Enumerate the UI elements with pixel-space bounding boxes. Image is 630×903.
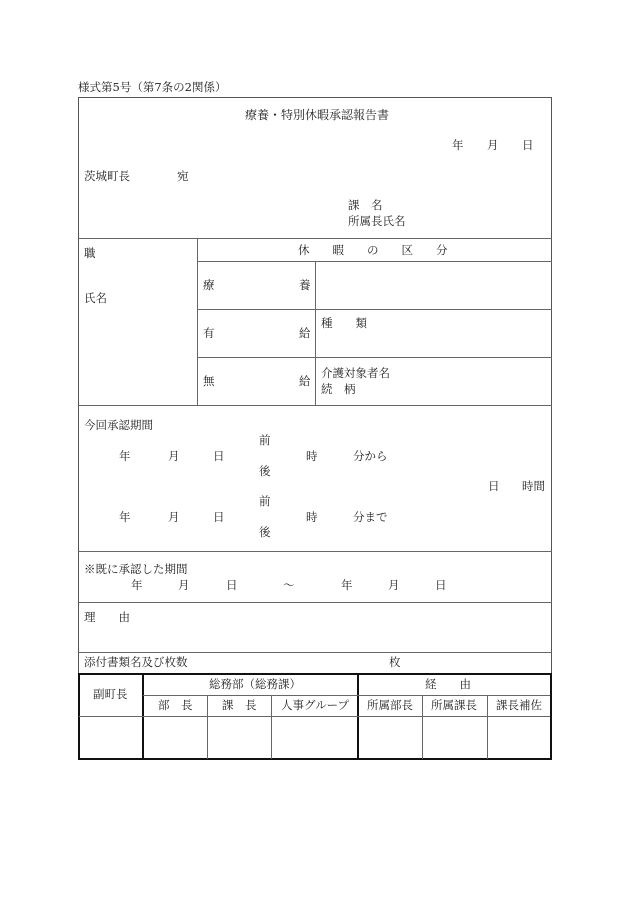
deputy-mayor-header: 副町長 xyxy=(93,689,128,701)
col-hr-group: 人事グループ xyxy=(281,700,349,712)
divider xyxy=(197,261,552,262)
approval-top xyxy=(78,673,552,675)
seal-cell-director[interactable] xyxy=(144,717,206,758)
col-dept-director: 所属部長 xyxy=(367,700,413,712)
divider xyxy=(197,238,198,405)
prior-start-year: 年 xyxy=(131,580,143,592)
col-dept-section-chief: 所属課長 xyxy=(431,700,477,712)
total-hours: 時間 xyxy=(522,481,545,493)
seal-cell-dept-director[interactable] xyxy=(359,717,421,758)
to-am: 前 xyxy=(259,496,271,508)
divider xyxy=(197,357,552,358)
divider xyxy=(315,261,316,405)
date-day-label: 日 xyxy=(522,140,534,152)
leave-paid-right: 給 xyxy=(299,328,311,340)
from-month: 月 xyxy=(168,451,180,463)
seal-cell-deputy-mayor[interactable] xyxy=(80,717,141,758)
to-minute: 分まで xyxy=(353,512,388,524)
dept-name-label: 課 名 xyxy=(348,200,383,212)
seal-cell-hr-group[interactable] xyxy=(272,717,356,758)
relationship-label: 続 柄 xyxy=(321,384,356,396)
divider xyxy=(78,652,552,653)
divider xyxy=(78,602,552,603)
date-month-label: 月 xyxy=(487,140,499,152)
divider xyxy=(197,309,552,310)
from-year: 年 xyxy=(119,451,131,463)
employee-name-label: 氏名 xyxy=(84,293,107,305)
prior-end-month: 月 xyxy=(388,580,400,592)
col-director: 部 長 xyxy=(158,700,193,712)
prior-start-month: 月 xyxy=(178,580,190,592)
via-header: 経 由 xyxy=(425,679,471,691)
seal-cell-section-chief[interactable] xyxy=(208,717,270,758)
approval-bottom xyxy=(78,758,552,760)
care-target-label: 介護対象者名 xyxy=(321,368,390,380)
form-label: 様式第5号（第7条の2関係） xyxy=(78,82,226,94)
from-pm: 後 xyxy=(259,466,271,478)
leave-type-header: 休 暇 の 区 分 xyxy=(298,245,448,257)
total-day: 日 xyxy=(488,481,500,493)
addressee-suffix: 宛 xyxy=(177,171,189,183)
prior-end-year: 年 xyxy=(341,580,353,592)
divider xyxy=(78,405,552,406)
divider xyxy=(78,551,552,552)
from-day: 日 xyxy=(213,451,225,463)
date-year-label: 年 xyxy=(452,140,464,152)
to-pm: 後 xyxy=(259,527,271,539)
seal-cell-assistant-chief[interactable] xyxy=(488,717,549,758)
position-label: 職 xyxy=(84,248,96,260)
to-year: 年 xyxy=(119,512,131,524)
seal-cell-dept-section-chief[interactable] xyxy=(423,717,486,758)
form-title: 療養・特別休暇承認報告書 xyxy=(245,109,389,121)
col-section-chief: 課 長 xyxy=(222,700,257,712)
to-day: 日 xyxy=(213,512,225,524)
period-label: 今回承認期間 xyxy=(84,420,153,432)
leave-unpaid-left: 無 xyxy=(203,376,215,388)
col-assistant-chief: 課長補佐 xyxy=(496,700,542,712)
general-affairs-header: 総務部（総務課） xyxy=(209,679,301,691)
leave-medical-left: 療 xyxy=(203,280,215,292)
leave-paid-kind-label: 種 類 xyxy=(321,318,367,330)
prior-period-label: ※既に承認した期間 xyxy=(84,564,188,576)
head-name-label: 所属長氏名 xyxy=(348,216,406,228)
attachments-unit: 枚 xyxy=(389,657,401,669)
leave-medical-right: 養 xyxy=(299,280,311,292)
from-am: 前 xyxy=(259,435,271,447)
to-hour: 時 xyxy=(306,512,318,524)
prior-end-day: 日 xyxy=(435,580,447,592)
divider xyxy=(78,238,552,239)
from-minute: 分から xyxy=(353,451,388,463)
prior-start-day: 日 xyxy=(226,580,238,592)
attachments-label: 添付書類名及び枚数 xyxy=(84,657,188,669)
approval-right xyxy=(550,673,552,760)
addressee-name: 茨城町長 xyxy=(84,171,130,183)
prior-tilde: ～ xyxy=(283,580,295,592)
leave-paid-left: 有 xyxy=(203,328,215,340)
reason-label: 理 由 xyxy=(84,612,130,624)
divider xyxy=(143,695,550,696)
to-month: 月 xyxy=(168,512,180,524)
from-hour: 時 xyxy=(306,451,318,463)
leave-unpaid-right: 給 xyxy=(299,376,311,388)
